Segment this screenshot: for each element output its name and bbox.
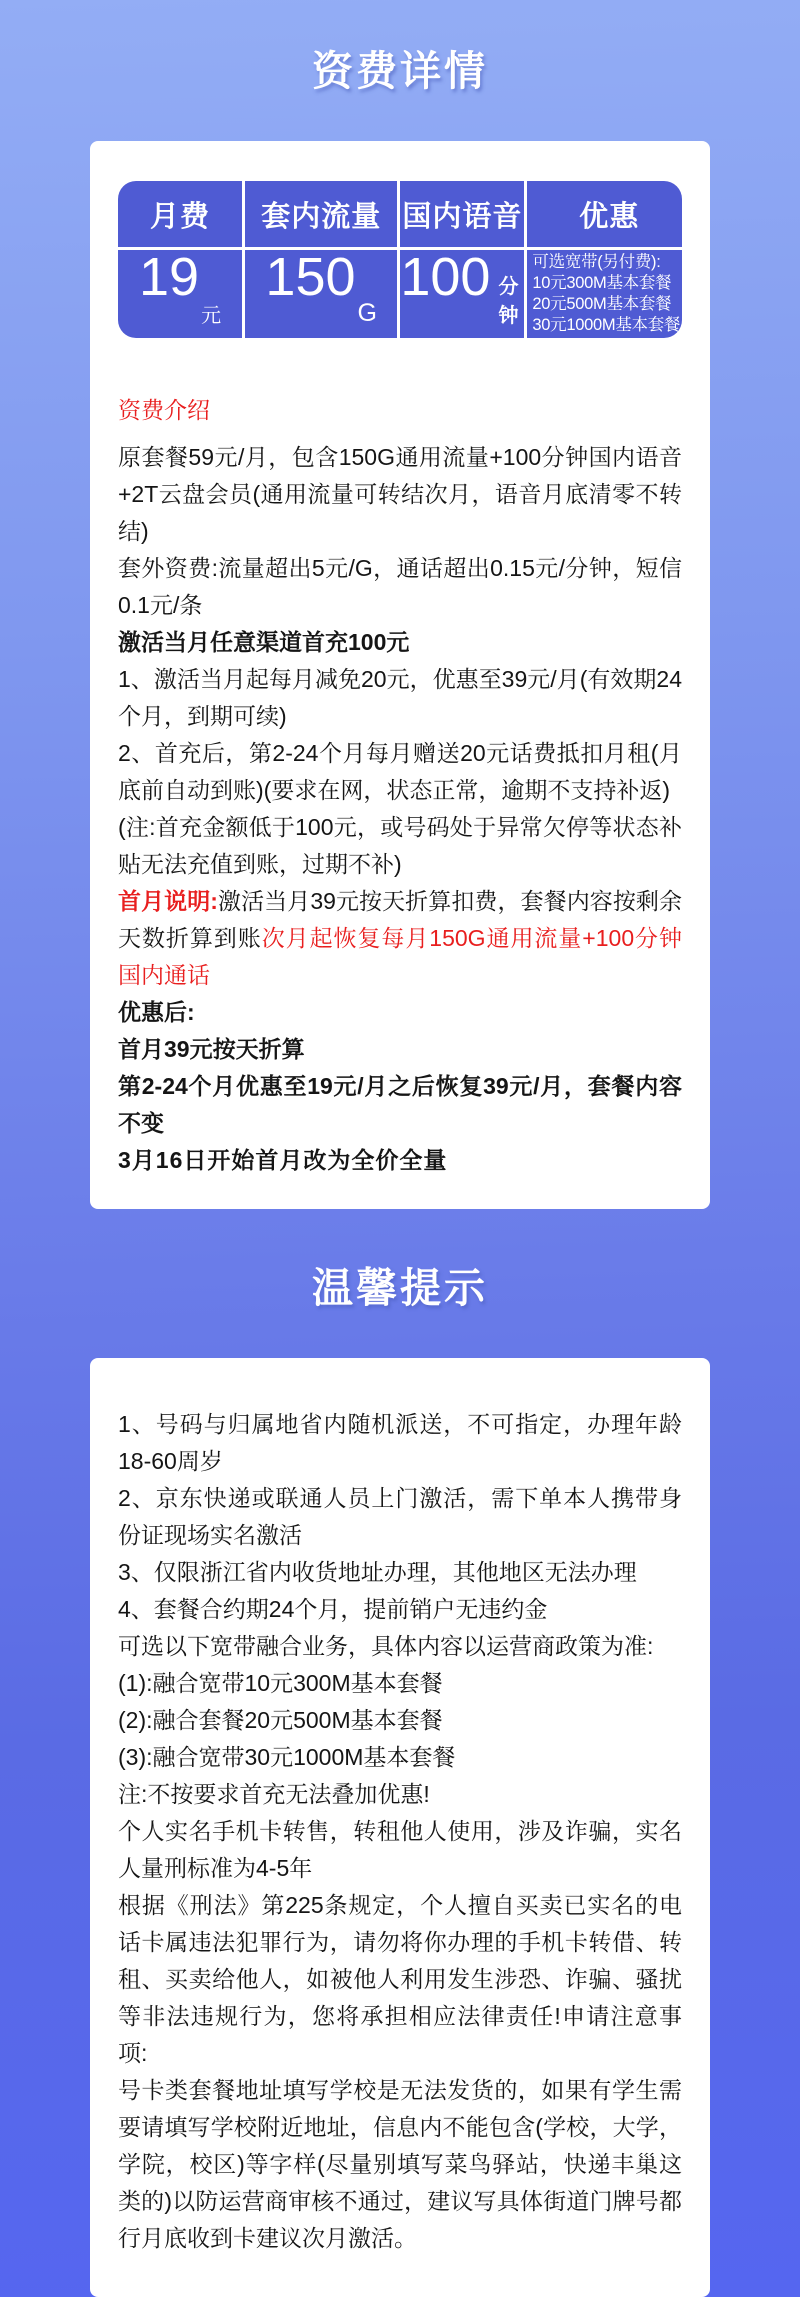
after-discount-heading: 优惠后: xyxy=(118,994,682,1031)
voice-unit: 分钟 xyxy=(498,270,524,338)
day-rate-line: 首月39元按天折算 xyxy=(118,1031,682,1068)
page-title-tariff: 资费详情 xyxy=(0,0,800,97)
plan-table-header-monthly-fee: 月费 xyxy=(118,181,242,247)
tariff-text-block: 原套餐59元/月，包含150G通用流量+100分钟国内语音+2T云盘会员(通用流… xyxy=(118,439,682,1179)
plan-monthly-fee-cell: 19元 xyxy=(118,250,242,338)
plan-table-header-discount: 优惠 xyxy=(527,181,682,247)
march-notice-line: 3月16日开始首月改为全价全量 xyxy=(118,1142,682,1179)
broadband-option-title: 可选宽带(另付费): xyxy=(532,252,660,273)
rule-item-2: 2、首充后，第2-24个月每月赠送20元话费抵扣月租(月底前自动到账)(要求在网… xyxy=(118,735,682,809)
original-plan-line: 原套餐59元/月，包含150G通用流量+100分钟国内语音+2T云盘会员(通用流… xyxy=(118,439,682,550)
plan-table: 月费 套内流量 国内语音 优惠 19元 150G 100分钟 可选宽带(另付费)… xyxy=(118,181,682,338)
tip-item: 可选以下宽带融合业务，具体内容以运营商政策为准: xyxy=(118,1628,682,1665)
monthly-fee-value: 19 xyxy=(139,250,199,338)
address-warning: 号卡类套餐地址填写学校是无法发货的，如果有学生需要请填写学校附近地址，信息内不能… xyxy=(118,2072,682,2257)
plan-table-header-voice: 国内语音 xyxy=(400,181,524,247)
first-charge-heading: 激活当月任意渠道首充100元 xyxy=(118,624,682,661)
monthly-fee-unit: 元 xyxy=(201,299,221,338)
broadband-option-3: 30元1000M基本套餐 xyxy=(532,315,680,336)
restore-price-line: 第2-24个月优惠至19元/月之后恢复39元/月，套餐内容不变 xyxy=(118,1068,682,1142)
plan-discount-cell: 可选宽带(另付费): 10元300M基本套餐 20元500M基本套餐 30元10… xyxy=(527,250,682,338)
rule-item-1: 1、激活当月起每月减免20元，优惠至39元/月(有效期24个月，到期可续) xyxy=(118,661,682,735)
overage-fee-line: 套外资费:流量超出5元/G，通话超出0.15元/分钟，短信0.1元/条 xyxy=(118,550,682,624)
tip-item: 个人实名手机卡转售，转租他人使用，涉及诈骗，实名人量刑标准为4-5年 xyxy=(118,1813,682,1887)
page-title-tips: 温馨提示 xyxy=(0,1255,800,1314)
tip-item: (1):融合宽带10元300M基本套餐 xyxy=(118,1665,682,1702)
intro-label: 资费介绍 xyxy=(118,392,682,425)
tip-item: (3):融合宽带30元1000M基本套餐 xyxy=(118,1739,682,1776)
plan-table-header-data: 套内流量 xyxy=(245,181,397,247)
plan-data-cell: 150G xyxy=(245,250,397,338)
tip-item: 2、京东快递或联通人员上门激活，需下单本人携带身份证现场实名激活 xyxy=(118,1480,682,1554)
first-month-line: 首月说明:激活当月39元按天折算扣费，套餐内容按剩余天数折算到账次月起恢复每月1… xyxy=(118,883,682,994)
tip-item: (2):融合套餐20元500M基本套餐 xyxy=(118,1702,682,1739)
broadband-option-2: 20元500M基本套餐 xyxy=(532,294,671,315)
plan-voice-cell: 100分钟 xyxy=(400,250,524,338)
tip-item: 注:不按要求首充无法叠加优惠! xyxy=(118,1776,682,1813)
tip-item: 4、套餐合约期24个月，提前销户无违约金 xyxy=(118,1591,682,1628)
data-allowance-unit: G xyxy=(358,299,377,338)
legal-warning: 根据《刑法》第225条规定，个人擅自买卖已实名的电话卡属违法犯罪行为，请勿将你办… xyxy=(118,1887,682,2072)
voice-value: 100 xyxy=(400,250,490,338)
data-allowance-value: 150 xyxy=(265,250,355,338)
broadband-option-1: 10元300M基本套餐 xyxy=(532,273,671,294)
rule-note: (注:首充金额低于100元，或号码处于异常欠停等状态补贴无法充值到账，过期不补) xyxy=(118,809,682,883)
tips-text-block: 1、号码与归属地省内随机派送，不可指定，办理年龄18-60周岁 2、京东快递或联… xyxy=(118,1406,682,2257)
tariff-card: 月费 套内流量 国内语音 优惠 19元 150G 100分钟 可选宽带(另付费)… xyxy=(90,141,710,1209)
tip-item: 3、仅限浙江省内收货地址办理，其他地区无法办理 xyxy=(118,1554,682,1591)
tip-item: 1、号码与归属地省内随机派送，不可指定，办理年龄18-60周岁 xyxy=(118,1406,682,1480)
tips-card: 1、号码与归属地省内随机派送，不可指定，办理年龄18-60周岁 2、京东快递或联… xyxy=(90,1358,710,2297)
promo-page: { "titles": { "tariff": "资费详情", "tips": … xyxy=(0,0,800,2297)
first-month-label: 首月说明: xyxy=(118,888,218,914)
